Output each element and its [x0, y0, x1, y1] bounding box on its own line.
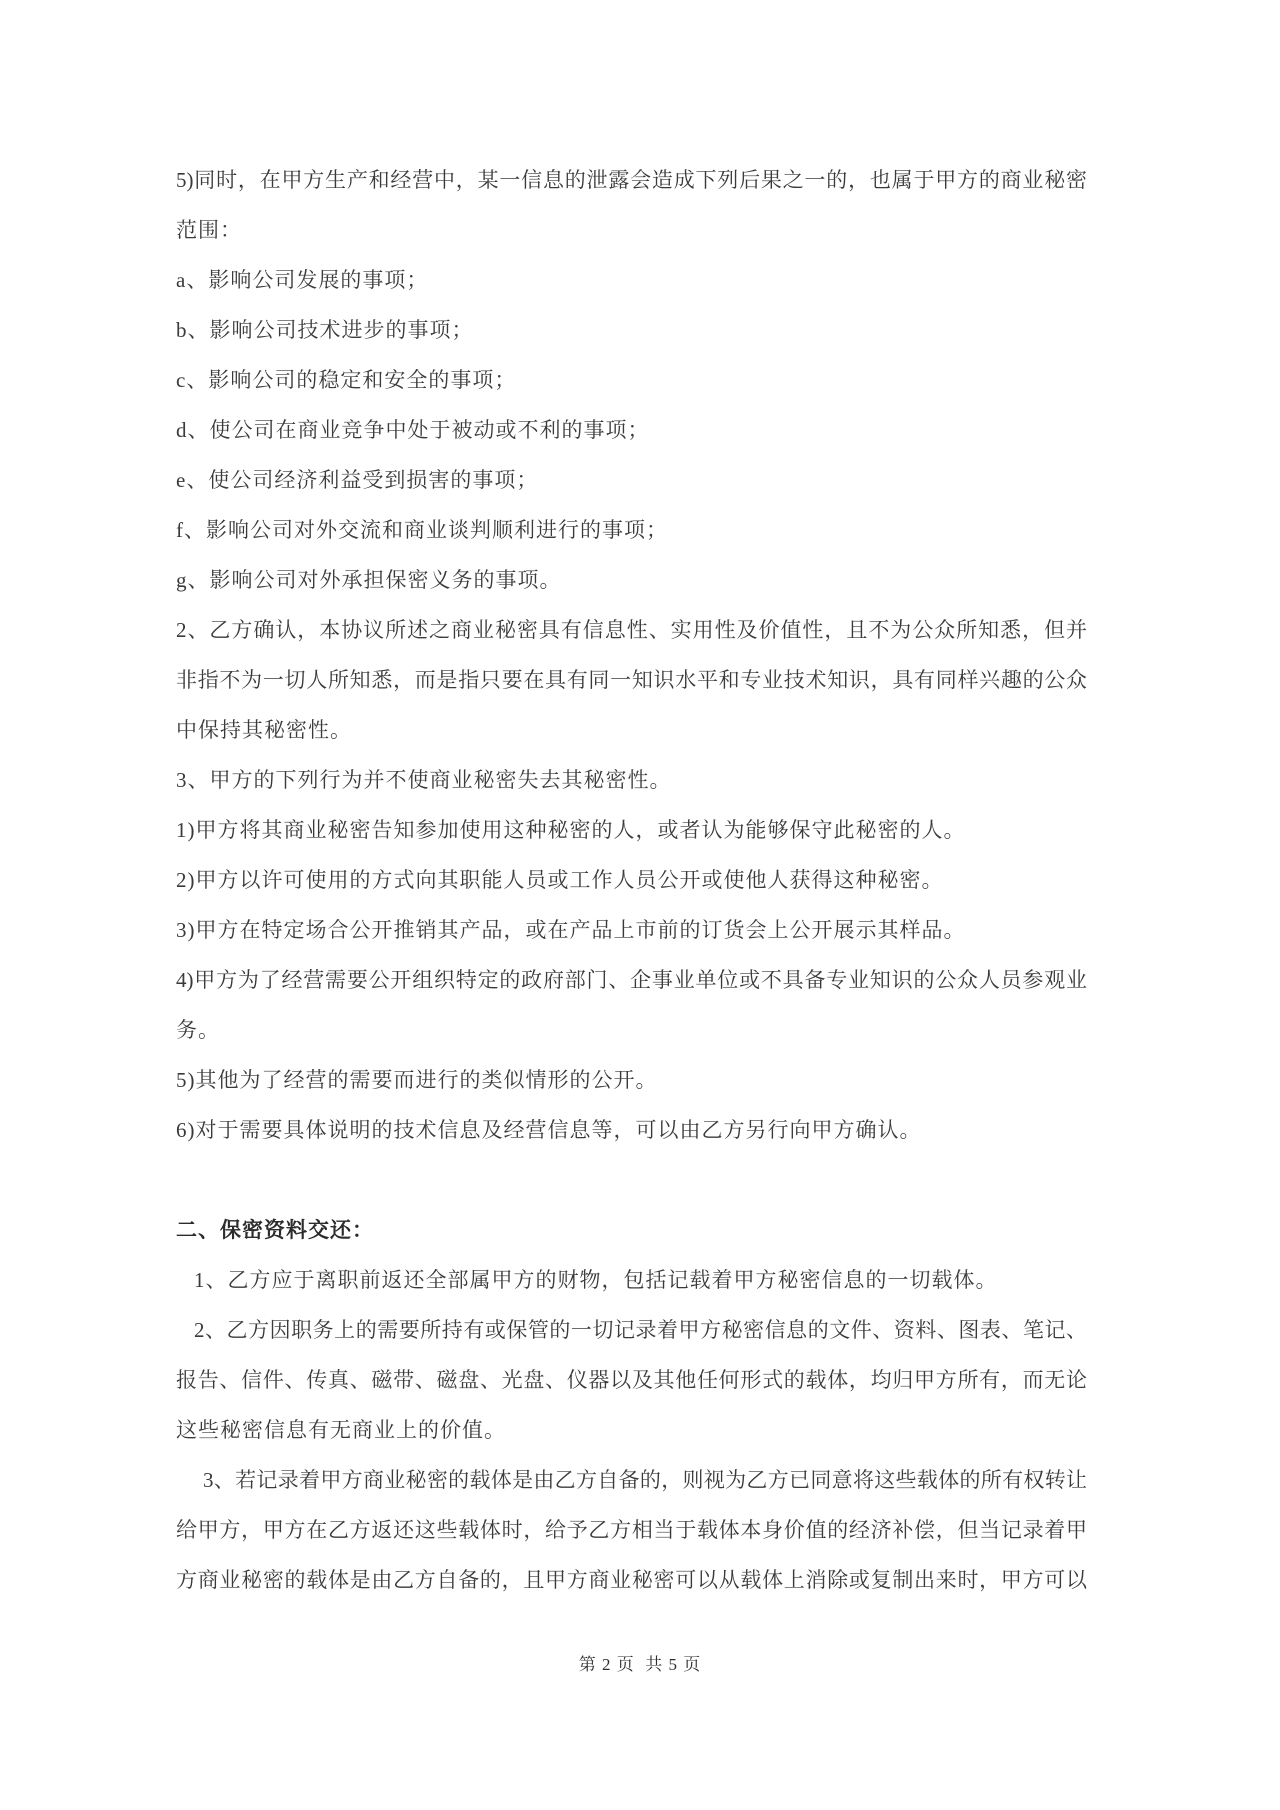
- document-line: f、影响公司对外交流和商业谈判顺利进行的事项；: [176, 505, 1087, 555]
- document-line: 4)甲方为了经营需要公开组织特定的政府部门、企事业单位或不具备专业知识的公众人员…: [176, 955, 1087, 1005]
- document-line: 2)甲方以许可使用的方式向其职能人员或工作人员公开或使他人获得这种秘密。: [176, 855, 1087, 905]
- blank-line: [176, 1155, 1087, 1205]
- document-line: 5)其他为了经营的需要而进行的类似情形的公开。: [176, 1055, 1087, 1105]
- document-line: 范围：: [176, 205, 1087, 255]
- document-line: 2、乙方确认，本协议所述之商业秘密具有信息性、实用性及价值性，且不为公众所知悉，…: [176, 605, 1087, 655]
- document-line: 3)甲方在特定场合公开推销其产品，或在产品上市前的订货会上公开展示其样品。: [176, 905, 1087, 955]
- document-line: 1)甲方将其商业秘密告知参加使用这种秘密的人，或者认为能够保守此秘密的人。: [176, 805, 1087, 855]
- document-line: 给甲方，甲方在乙方返还这些载体时，给予乙方相当于载体本身价值的经济补偿，但当记录…: [176, 1505, 1087, 1555]
- document-line: 3、若记录着甲方商业秘密的载体是由乙方自备的，则视为乙方已同意将这些载体的所有权…: [176, 1455, 1087, 1505]
- document-line: 方商业秘密的载体是由乙方自备的，且甲方商业秘密可以从载体上消除或复制出来时，甲方…: [176, 1555, 1087, 1605]
- document-line: 6)对于需要具体说明的技术信息及经营信息等，可以由乙方另行向甲方确认。: [176, 1105, 1087, 1155]
- document-line: e、使公司经济利益受到损害的事项；: [176, 455, 1087, 505]
- document-line: 1、乙方应于离职前返还全部属甲方的财物，包括记载着甲方秘密信息的一切载体。: [176, 1255, 1087, 1305]
- document-line: 中保持其秘密性。: [176, 705, 1087, 755]
- document-line: 3、甲方的下列行为并不使商业秘密失去其秘密性。: [176, 755, 1087, 805]
- document-body: 5)同时，在甲方生产和经营中，某一信息的泄露会造成下列后果之一的，也属于甲方的商…: [176, 155, 1087, 1605]
- page-number-footer: 第 2 页 共 5 页: [0, 1650, 1280, 1680]
- document-line: 务。: [176, 1005, 1087, 1055]
- document-line: 5)同时，在甲方生产和经营中，某一信息的泄露会造成下列后果之一的，也属于甲方的商…: [176, 155, 1087, 205]
- document-line: 2、乙方因职务上的需要所持有或保管的一切记录着甲方秘密信息的文件、资料、图表、笔…: [176, 1305, 1087, 1355]
- document-line: 报告、信件、传真、磁带、磁盘、光盘、仪器以及其他任何形式的载体，均归甲方所有，而…: [176, 1355, 1087, 1405]
- document-line: 这些秘密信息有无商业上的价值。: [176, 1405, 1087, 1455]
- document-line: 二、保密资料交还：: [176, 1205, 1087, 1255]
- document-line: c、影响公司的稳定和安全的事项；: [176, 355, 1087, 405]
- document-line: g、影响公司对外承担保密义务的事项。: [176, 555, 1087, 605]
- document-page: 5)同时，在甲方生产和经营中，某一信息的泄露会造成下列后果之一的，也属于甲方的商…: [0, 0, 1280, 1810]
- document-line: a、影响公司发展的事项；: [176, 255, 1087, 305]
- document-line: b、影响公司技术进步的事项；: [176, 305, 1087, 355]
- document-line: d、使公司在商业竞争中处于被动或不利的事项；: [176, 405, 1087, 455]
- document-line: 非指不为一切人所知悉，而是指只要在具有同一知识水平和专业技术知识，具有同样兴趣的…: [176, 655, 1087, 705]
